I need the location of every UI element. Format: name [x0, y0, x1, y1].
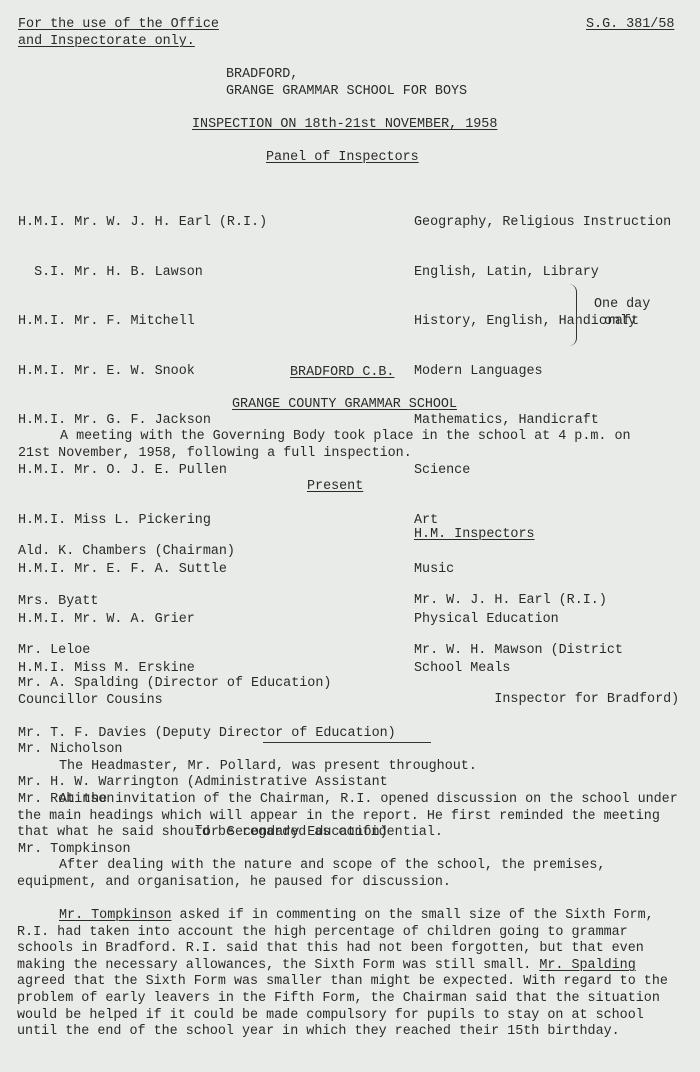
inspector-name: H.M.I. Mr. O. J. E. Pullen	[18, 463, 267, 480]
inspector-name: H.M.I. Mr. G. F. Jackson	[18, 413, 267, 430]
inspection-title: INSPECTION ON 18th-21st NOVEMBER, 1958	[192, 117, 497, 134]
restriction-notice-line1: For the use of the Office	[18, 17, 219, 34]
paragraph-discussion: Mr. Tompkinson asked if in commenting on…	[17, 908, 685, 1041]
paragraph-headmaster: The Headmaster, Mr. Pollard, was present…	[17, 759, 685, 776]
official: Mr. A. Spalding (Director of Education)	[18, 676, 396, 693]
reference-number: S.G. 381/58	[586, 17, 674, 34]
restriction-notice-line2: and Inspectorate only.	[18, 34, 195, 51]
inspector-subjects: Science	[414, 463, 671, 480]
inspector-subjects: Mathematics, Handicraft	[414, 413, 671, 430]
hmi-entry: Inspector for Bradford)	[414, 692, 679, 709]
speaker-tompkinson: Mr. Tompkinson	[59, 908, 172, 923]
inspector-name: H.M.I. Mr. W. J. H. Earl (R.I.)	[18, 215, 267, 232]
official: Mr. T. F. Davies (Deputy Director of Edu…	[18, 726, 396, 743]
inspector-name: H.M.I. Mr. E. W. Snook	[18, 364, 267, 381]
inspector-name: S.I. Mr. H. B. Lawson	[18, 265, 267, 282]
intro-line2: 21st November, 1958, following a full in…	[18, 446, 412, 463]
one-day-note-line2: only	[604, 314, 636, 331]
present-heading: Present	[307, 479, 363, 496]
official: Mr. H. W. Warrington (Administrative Ass…	[18, 775, 396, 792]
inspector-name: H.M.I. Mr. F. Mitchell	[18, 314, 267, 331]
authority-heading: BRADFORD C.B.	[290, 365, 394, 382]
paragraph-text: agreed that the Sixth Form was smaller t…	[17, 974, 668, 1039]
paragraph-dealing: After dealing with the nature and scope …	[17, 858, 685, 891]
panel-heading: Panel of Inspectors	[266, 150, 419, 167]
paragraph-invitation: At the invitation of the Chairman, R.I. …	[17, 792, 685, 842]
governor: Ald. K. Chambers (Chairman)	[18, 544, 235, 561]
inspector-subjects: English, Latin, Library	[414, 265, 671, 282]
section-divider	[263, 742, 431, 743]
hmi-heading: H.M. Inspectors	[414, 527, 535, 544]
hmi-list: Mr. W. J. H. Earl (R.I.) Mr. W. H. Mawso…	[414, 560, 679, 725]
hmi-entry: Mr. W. H. Mawson (District	[414, 643, 679, 660]
inspector-subjects: Modern Languages	[414, 364, 671, 381]
one-day-note-line1: One day	[594, 297, 650, 314]
governor: Mrs. Byatt	[18, 594, 235, 611]
brace-bracket	[566, 284, 577, 346]
school-heading: GRANGE GRAMMAR SCHOOL FOR BOYS	[226, 84, 467, 101]
school-name-heading: GRANGE COUNTY GRAMMAR SCHOOL	[232, 397, 457, 414]
speaker-spalding: Mr. Spalding	[539, 958, 635, 973]
hmi-entry: Mr. W. J. H. Earl (R.I.)	[414, 593, 679, 610]
intro-line1: A meeting with the Governing Body took p…	[60, 429, 631, 446]
place-heading: BRADFORD,	[226, 67, 298, 84]
inspector-subjects: Geography, Religious Instruction	[414, 215, 671, 232]
